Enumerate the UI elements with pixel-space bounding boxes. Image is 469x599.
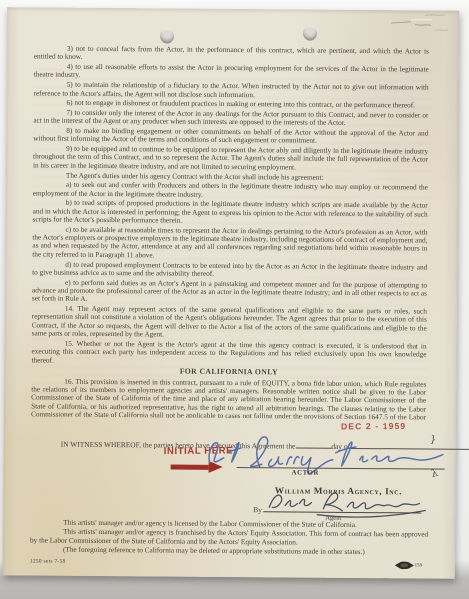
form-number: 1250 sets 7-58 xyxy=(30,558,66,564)
contract-clause: 7) to consider only the interest of the … xyxy=(33,108,428,128)
print-footer: 1250 sets 7-58 158 xyxy=(30,556,430,573)
contract-clause: a) to seek out and confer with Producers… xyxy=(33,181,428,201)
printers-union-bug: 158 xyxy=(395,561,422,569)
agent-signature-line xyxy=(264,503,422,513)
contract-clause: 4) to use all reasonable efforts to assi… xyxy=(34,63,429,83)
contract-clause: 9) to be equipped and to continue to be … xyxy=(33,145,428,173)
by-label: By xyxy=(253,505,262,514)
contract-body-text: 3) not to conceal facts from the Actor, … xyxy=(31,44,429,419)
scanned-contract-page: 3) not to conceal facts from the Actor, … xyxy=(0,0,469,599)
contract-clause: 15. Whether or not the Agent is the Acto… xyxy=(31,339,426,367)
contract-clause: 14. The Agent may represent actors of th… xyxy=(32,304,427,340)
paper-damage-creases xyxy=(385,10,455,37)
union-bug-icon xyxy=(395,561,414,569)
union-bug-number: 158 xyxy=(415,563,422,568)
contract-clause: b) to read scripts of proposed productio… xyxy=(33,199,428,227)
contract-clause: 8) to make no binding engagement or othe… xyxy=(33,126,428,146)
punch-hole-left xyxy=(160,28,174,43)
for-california-only-heading: FOR CALIFORNIA ONLY xyxy=(31,367,426,378)
actor-label: ACTOR xyxy=(292,469,392,477)
contract-clause: 5) to maintain the relationship of a fid… xyxy=(34,81,429,101)
contract-clause: d) to read proposed employment Contracts… xyxy=(32,260,427,280)
parenthetical-notice: (The foregoing reference to California m… xyxy=(30,545,428,557)
contract-paper: 3) not to conceal facts from the Actor, … xyxy=(3,7,459,579)
clause-16: 16. This provision is inserted in this c… xyxy=(31,377,426,419)
punch-hole-right xyxy=(303,26,317,41)
contract-clause: 3) not to conceal facts from the Actor, … xyxy=(34,44,429,64)
contract-clause: c) to be available at reasonable times t… xyxy=(32,225,427,261)
contract-clause: e) to perform said duties as an Actor's … xyxy=(32,278,427,306)
execution-block: DEC 2 - 1959 IN WITNESS WHEREOF, the par… xyxy=(3,415,456,529)
license-notices: This artists' manager and/or agency is l… xyxy=(30,518,428,557)
clause-list: 3) not to conceal facts from the Actor, … xyxy=(31,44,428,367)
agent-by-row: By xyxy=(253,503,431,515)
